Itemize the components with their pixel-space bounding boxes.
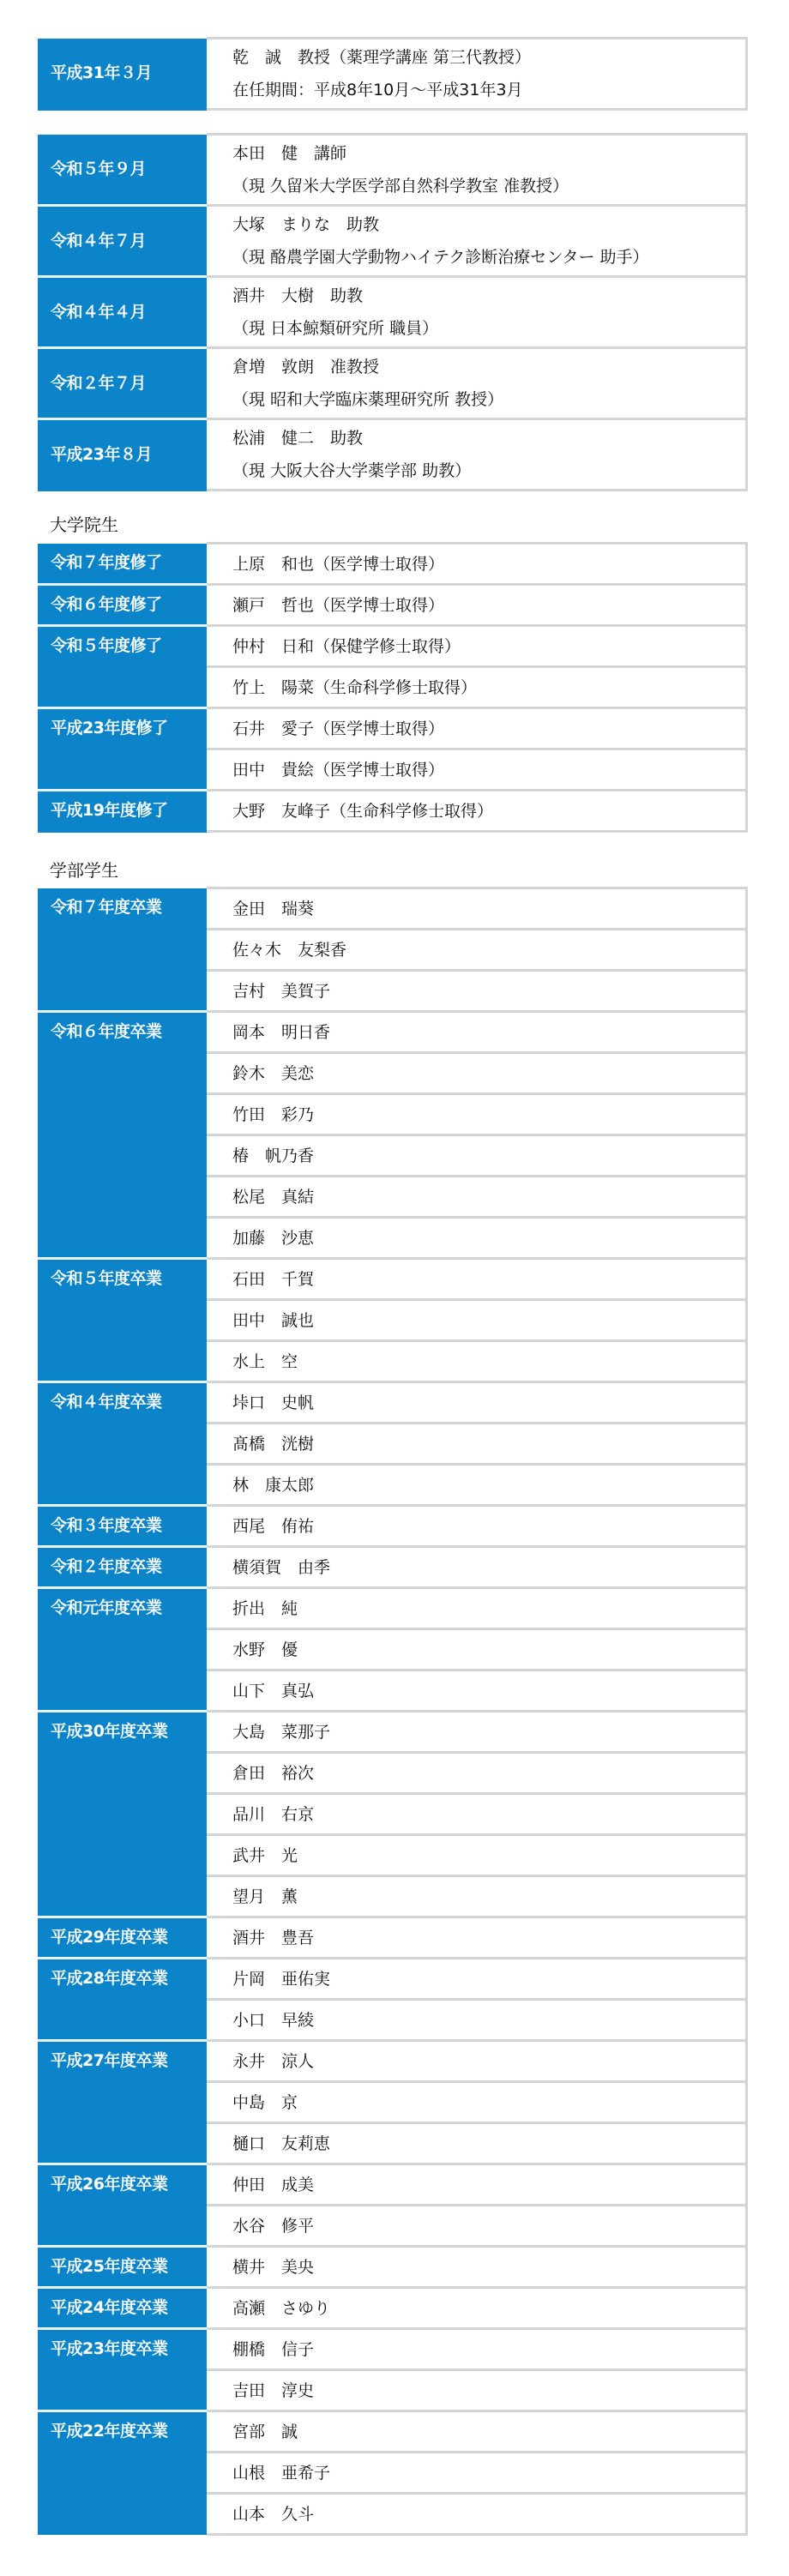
student-name-cell: 宮部 誠 (207, 2411, 747, 2453)
period-label-cell: 令和６年度卒業 (38, 1012, 207, 1259)
period-label: 令和５年９月 (51, 150, 207, 188)
table-row: 令和４年７月大塚 まりな 助教（現 酪農学園大学動物ハイテク診断治療センター 助… (38, 206, 747, 277)
table-row: 平成19年度修了大野 友峰子（生命科学修士取得） (38, 791, 747, 832)
period-label-cell: 令和元年度卒業 (38, 1588, 207, 1712)
table-row: 平成27年度卒業永井 涼人 (38, 2041, 747, 2082)
person-name-title: 松浦 健二 助教 (232, 422, 745, 454)
person-name-title: 乾 誠 教授（薬理学講座 第三代教授） (232, 41, 745, 74)
period-label-cell: 令和５年度修了 (38, 626, 207, 708)
table-row: 平成31年３月乾 誠 教授（薬理学講座 第三代教授）在任期間：平成8年10月～平… (38, 39, 747, 110)
student-name-cell: 山下 真弘 (207, 1670, 747, 1712)
student-name: 大野 友峰子（生命科学修士取得） (232, 795, 745, 828)
student-name-cell: 大野 友峰子（生命科学修士取得） (207, 791, 747, 832)
period-label: 令和３年度卒業 (51, 1507, 207, 1544)
period-label: 平成23年８月 (51, 436, 207, 473)
student-name-cell: 品川 右京 (207, 1794, 747, 1835)
student-name-cell: 垰口 史帆 (207, 1382, 747, 1423)
period-label: 令和５年度修了 (51, 627, 207, 665)
student-name: 加藤 沙恵 (232, 1222, 745, 1255)
period-label-cell: 平成23年度修了 (38, 708, 207, 791)
student-name: 石田 千賀 (232, 1263, 745, 1296)
student-name-cell: 吉田 淳史 (207, 2370, 747, 2411)
student-name: 山本 久斗 (232, 2498, 745, 2531)
entry-cell: 大塚 まりな 助教（現 酪農学園大学動物ハイテク診断治療センター 助手） (207, 206, 747, 277)
person-name-title: 倉増 敦朗 准教授 (232, 351, 745, 383)
student-name-cell: 山根 亜希子 (207, 2453, 747, 2494)
student-name-cell: 片岡 亜佑実 (207, 1959, 747, 2000)
period-label-cell: 令和５年９月 (38, 135, 207, 206)
period-label-cell: 令和７年度修了 (38, 544, 207, 585)
person-detail: （現 大阪大谷大学薬学部 助教） (232, 454, 745, 487)
student-name-cell: 望月 薫 (207, 1876, 747, 1917)
entry-cell: 本田 健 講師（現 久留米大学医学部自然科学教室 准教授） (207, 135, 747, 206)
period-label: 令和元年度卒業 (51, 1589, 207, 1627)
period-label-cell: 平成30年度卒業 (38, 1712, 207, 1917)
student-name-cell: 上原 和也（医学博士取得） (207, 544, 747, 585)
period-label-cell: 平成26年度卒業 (38, 2164, 207, 2247)
table-row: 令和４年４月酒井 大樹 助教（現 日本鯨類研究所 職員） (38, 277, 747, 348)
student-name: 林 康太郎 (232, 1469, 745, 1502)
student-name: 横須賀 由季 (232, 1551, 745, 1584)
period-label: 平成25年度卒業 (51, 2248, 207, 2285)
period-label-cell: 平成25年度卒業 (38, 2247, 207, 2288)
former-staff-table: 令和５年９月本田 健 講師（現 久留米大学医学部自然科学教室 准教授）令和４年７… (38, 133, 748, 491)
student-name-cell: 倉田 裕次 (207, 1753, 747, 1794)
student-name: 松尾 真結 (232, 1181, 745, 1213)
student-name: 樋口 友莉恵 (232, 2128, 745, 2160)
person-detail: （現 久留米大学医学部自然科学教室 准教授） (232, 170, 745, 202)
period-label-cell: 令和４年４月 (38, 277, 207, 348)
student-name-cell: 竹田 彩乃 (207, 1094, 747, 1135)
student-name-cell: 金田 瑞葵 (207, 888, 747, 930)
student-name-cell: 折出 純 (207, 1588, 747, 1629)
period-label-cell: 平成24年度卒業 (38, 2288, 207, 2329)
period-label-cell: 令和７年度卒業 (38, 888, 207, 1012)
period-label: 令和５年度卒業 (51, 1260, 207, 1297)
period-label: 平成28年度卒業 (51, 1959, 207, 1997)
student-name-cell: 林 康太郎 (207, 1465, 747, 1506)
period-label: 平成23年度卒業 (51, 2330, 207, 2368)
professor-table-wrap: 平成31年３月乾 誠 教授（薬理学講座 第三代教授）在任期間：平成8年10月～平… (38, 37, 748, 111)
table-row: 平成23年８月松浦 健二 助教（現 大阪大谷大学薬学部 助教） (38, 419, 747, 491)
student-name: 吉田 淳史 (232, 2374, 745, 2407)
period-label: 平成24年度卒業 (51, 2289, 207, 2326)
table-row: 令和６年度修了瀬戸 哲也（医学博士取得） (38, 585, 747, 626)
period-label: 平成27年度卒業 (51, 2042, 207, 2079)
student-name-cell: 吉村 美賀子 (207, 971, 747, 1012)
period-label-cell: 令和４年７月 (38, 206, 207, 277)
student-name: 望月 薫 (232, 1881, 745, 1913)
entry-cell: 酒井 大樹 助教（現 日本鯨類研究所 職員） (207, 277, 747, 348)
student-name-cell: 水谷 修平 (207, 2206, 747, 2247)
person-name-title: 本田 健 講師 (232, 137, 745, 170)
period-label: 令和２年度卒業 (51, 1548, 207, 1586)
student-name: 垰口 史帆 (232, 1387, 745, 1419)
student-name-cell: 酒井 豊吾 (207, 1917, 747, 1959)
student-name-cell: 岡本 明日香 (207, 1012, 747, 1053)
student-name: 折出 純 (232, 1592, 745, 1625)
student-name-cell: 小口 早綾 (207, 2000, 747, 2041)
student-name: 仲村 日和（保健学修士取得） (232, 630, 745, 663)
table-row: 令和４年度卒業垰口 史帆 (38, 1382, 747, 1423)
period-label: 平成29年度卒業 (51, 1918, 207, 1956)
student-name: 片岡 亜佑実 (232, 1963, 745, 1995)
student-name: 髙橋 洸樹 (232, 1428, 745, 1460)
student-name-cell: 高瀬 さゆり (207, 2288, 747, 2329)
student-name: 竹上 陽菜（生命科学修士取得） (232, 671, 745, 704)
period-label-cell: 令和６年度修了 (38, 585, 207, 626)
table-row: 令和元年度卒業折出 純 (38, 1588, 747, 1629)
student-name: 永井 涼人 (232, 2045, 745, 2078)
undergraduate-section-title: 学部学生 (50, 860, 118, 881)
student-name-cell: 髙橋 洸樹 (207, 1423, 747, 1465)
student-name-cell: 西尾 侑祐 (207, 1506, 747, 1547)
period-label-cell: 平成27年度卒業 (38, 2041, 207, 2164)
student-name-cell: 仲村 日和（保健学修士取得） (207, 626, 747, 667)
period-label-cell: 平成28年度卒業 (38, 1959, 207, 2041)
entry-cell: 乾 誠 教授（薬理学講座 第三代教授）在任期間：平成8年10月～平成31年3月 (207, 39, 747, 110)
period-label: 平成22年度卒業 (51, 2412, 207, 2450)
student-name-cell: 大島 菜那子 (207, 1712, 747, 1753)
student-name-cell: 樋口 友莉恵 (207, 2123, 747, 2164)
table-row: 令和５年度卒業石田 千賀 (38, 1259, 747, 1300)
person-name-title: 大塚 まりな 助教 (232, 208, 745, 241)
period-label-cell: 平成19年度修了 (38, 791, 207, 832)
student-name: 横井 美央 (232, 2251, 745, 2284)
student-name: 竹田 彩乃 (232, 1098, 745, 1131)
student-name-cell: 佐々木 友梨香 (207, 930, 747, 971)
student-name: 宮部 誠 (232, 2416, 745, 2448)
period-label: 平成26年度卒業 (51, 2165, 207, 2203)
student-name: 酒井 豊吾 (232, 1922, 745, 1954)
period-label: 令和６年度卒業 (51, 1013, 207, 1050)
table-row: 平成30年度卒業大島 菜那子 (38, 1712, 747, 1753)
student-name-cell: 田中 貴絵（医学博士取得） (207, 749, 747, 791)
student-name-cell: 椿 帆乃香 (207, 1135, 747, 1177)
student-name: 瀬戸 哲也（医学博士取得） (232, 589, 745, 622)
person-detail: （現 昭和大学臨床薬理研究所 教授） (232, 383, 745, 416)
student-name-cell: 中島 京 (207, 2082, 747, 2123)
undergraduate-table: 令和７年度卒業金田 瑞葵佐々木 友梨香吉村 美賀子令和６年度卒業岡本 明日香鈴木… (38, 887, 748, 2536)
student-name-cell: 松尾 真結 (207, 1177, 747, 1218)
table-row: 令和５年９月本田 健 講師（現 久留米大学医学部自然科学教室 准教授） (38, 135, 747, 206)
student-name: 仲田 成美 (232, 2169, 745, 2201)
period-label: 令和４年７月 (51, 222, 207, 260)
student-name: 棚橋 信子 (232, 2333, 745, 2366)
student-name: 西尾 侑祐 (232, 1510, 745, 1543)
student-name: 倉田 裕次 (232, 1757, 745, 1790)
table-row: 平成29年度卒業酒井 豊吾 (38, 1917, 747, 1959)
student-name: 水上 空 (232, 1345, 745, 1378)
period-label-cell: 平成22年度卒業 (38, 2411, 207, 2535)
student-name: 水谷 修平 (232, 2210, 745, 2242)
table-row: 平成22年度卒業宮部 誠 (38, 2411, 747, 2453)
period-label-cell: 令和４年度卒業 (38, 1382, 207, 1506)
period-label: 令和６年度修了 (51, 586, 207, 623)
staff-table-wrap: 令和５年９月本田 健 講師（現 久留米大学医学部自然科学教室 准教授）令和４年７… (38, 133, 748, 491)
student-name: 吉村 美賀子 (232, 975, 745, 1008)
table-row: 令和３年度卒業西尾 侑祐 (38, 1506, 747, 1547)
period-label: 令和７年度卒業 (51, 888, 207, 926)
student-name-cell: 水野 優 (207, 1629, 747, 1670)
student-name: 田中 誠也 (232, 1304, 745, 1337)
table-row: 令和７年度修了上原 和也（医学博士取得） (38, 544, 747, 585)
period-label-cell: 平成23年８月 (38, 419, 207, 491)
entry-cell: 松浦 健二 助教（現 大阪大谷大学薬学部 助教） (207, 419, 747, 491)
entry-cell: 倉増 敦朗 准教授（現 昭和大学臨床薬理研究所 教授） (207, 348, 747, 419)
student-name: 岡本 明日香 (232, 1016, 745, 1049)
student-name-cell: 石田 千賀 (207, 1259, 747, 1300)
student-name-cell: 田中 誠也 (207, 1300, 747, 1341)
student-name-cell: 横井 美央 (207, 2247, 747, 2288)
period-label: 令和４年度卒業 (51, 1383, 207, 1421)
student-name: 金田 瑞葵 (232, 893, 745, 925)
period-label-cell: 平成31年３月 (38, 39, 207, 110)
table-row: 平成24年度卒業高瀬 さゆり (38, 2288, 747, 2329)
period-label: 平成31年３月 (51, 54, 207, 92)
student-name-cell: 永井 涼人 (207, 2041, 747, 2082)
student-name-cell: 加藤 沙恵 (207, 1218, 747, 1259)
professor-table: 平成31年３月乾 誠 教授（薬理学講座 第三代教授）在任期間：平成8年10月～平… (38, 37, 748, 111)
student-name: 小口 早綾 (232, 2004, 745, 2037)
student-name: 水野 優 (232, 1634, 745, 1666)
period-label: 令和２年７月 (51, 364, 207, 402)
period-label-cell: 令和５年度卒業 (38, 1259, 207, 1382)
person-detail: （現 酪農学園大学動物ハイテク診断治療センター 助手） (232, 241, 745, 274)
student-name: 上原 和也（医学博士取得） (232, 548, 745, 581)
student-name-cell: 石井 愛子（医学博士取得） (207, 708, 747, 749)
student-name-cell: 水上 空 (207, 1341, 747, 1382)
table-row: 令和６年度卒業岡本 明日香 (38, 1012, 747, 1053)
graduate-table-wrap: 令和７年度修了上原 和也（医学博士取得）令和６年度修了瀬戸 哲也（医学博士取得）… (38, 542, 748, 833)
student-name: 山根 亜希子 (232, 2457, 745, 2489)
table-row: 令和７年度卒業金田 瑞葵 (38, 888, 747, 930)
person-detail: （現 日本鯨類研究所 職員） (232, 312, 745, 345)
student-name: 品川 右京 (232, 1798, 745, 1831)
student-name: 武井 光 (232, 1839, 745, 1872)
table-row: 平成28年度卒業片岡 亜佑実 (38, 1959, 747, 2000)
student-name-cell: 瀬戸 哲也（医学博士取得） (207, 585, 747, 626)
student-name: 高瀬 さゆり (232, 2292, 745, 2325)
student-name-cell: 山本 久斗 (207, 2494, 747, 2535)
table-row: 令和２年７月倉増 敦朗 准教授（現 昭和大学臨床薬理研究所 教授） (38, 348, 747, 419)
period-label-cell: 平成29年度卒業 (38, 1917, 207, 1959)
table-row: 令和２年度卒業横須賀 由季 (38, 1547, 747, 1588)
period-label: 平成19年度修了 (51, 791, 207, 829)
period-label-cell: 平成23年度卒業 (38, 2329, 207, 2411)
period-label-cell: 令和３年度卒業 (38, 1506, 207, 1547)
student-name-cell: 仲田 成美 (207, 2164, 747, 2206)
student-name: 石井 愛子（医学博士取得） (232, 713, 745, 745)
period-label-cell: 令和２年７月 (38, 348, 207, 419)
person-detail: 在任期間：平成8年10月～平成31年3月 (232, 74, 745, 106)
student-name: 田中 貴絵（医学博士取得） (232, 754, 745, 786)
person-name-title: 酒井 大樹 助教 (232, 280, 745, 312)
student-name-cell: 棚橋 信子 (207, 2329, 747, 2370)
graduate-section-title: 大学院生 (50, 515, 118, 535)
student-name-cell: 横須賀 由季 (207, 1547, 747, 1588)
table-row: 平成26年度卒業仲田 成美 (38, 2164, 747, 2206)
student-name: 佐々木 友梨香 (232, 934, 745, 966)
period-label-cell: 令和２年度卒業 (38, 1547, 207, 1588)
period-label: 平成23年度修了 (51, 709, 207, 747)
student-name-cell: 竹上 陽菜（生命科学修士取得） (207, 667, 747, 708)
student-name: 中島 京 (232, 2086, 745, 2119)
graduate-table: 令和７年度修了上原 和也（医学博士取得）令和６年度修了瀬戸 哲也（医学博士取得）… (38, 542, 748, 833)
table-row: 平成23年度卒業棚橋 信子 (38, 2329, 747, 2370)
period-label: 平成30年度卒業 (51, 1712, 207, 1750)
period-label: 令和４年４月 (51, 293, 207, 331)
table-row: 平成23年度修了石井 愛子（医学博士取得） (38, 708, 747, 749)
undergraduate-table-wrap: 令和７年度卒業金田 瑞葵佐々木 友梨香吉村 美賀子令和６年度卒業岡本 明日香鈴木… (38, 887, 748, 2536)
table-row: 平成25年度卒業横井 美央 (38, 2247, 747, 2288)
student-name-cell: 鈴木 美恋 (207, 1053, 747, 1094)
period-label: 令和７年度修了 (51, 544, 207, 581)
student-name: 大島 菜那子 (232, 1716, 745, 1748)
student-name: 鈴木 美恋 (232, 1057, 745, 1090)
table-row: 令和５年度修了仲村 日和（保健学修士取得） (38, 626, 747, 667)
student-name: 山下 真弘 (232, 1675, 745, 1707)
student-name: 椿 帆乃香 (232, 1140, 745, 1172)
student-name-cell: 武井 光 (207, 1835, 747, 1876)
